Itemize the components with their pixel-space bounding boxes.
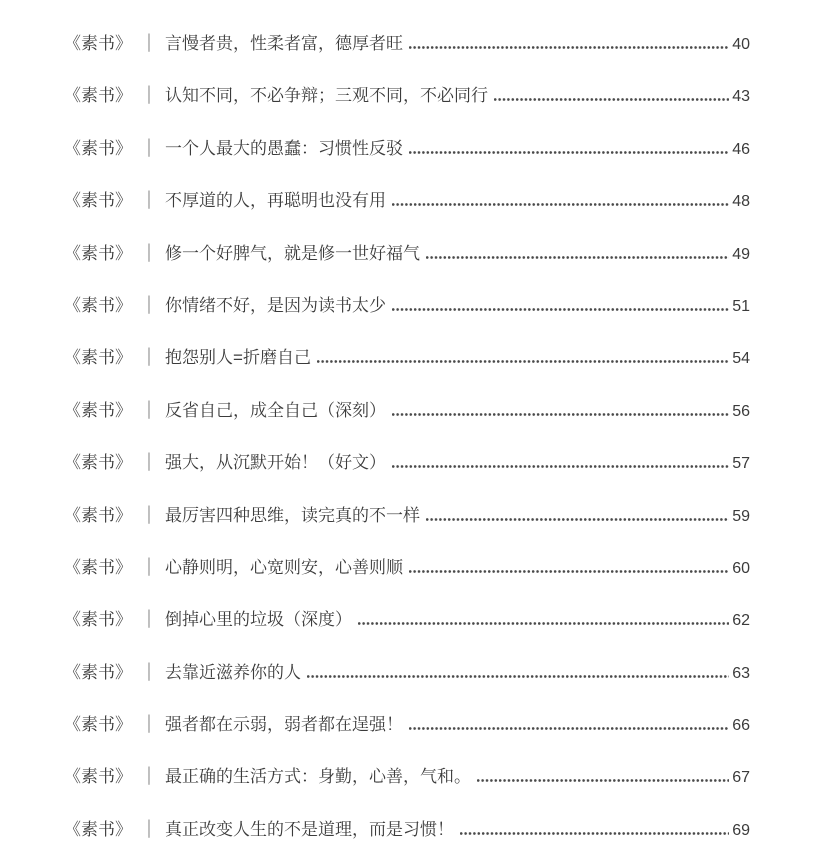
- dot-leader: [307, 675, 729, 678]
- dot-leader: [426, 518, 729, 521]
- entry-title: 去靠近滋养你的人: [165, 663, 301, 683]
- toc-entry[interactable]: 《素书》｜你情绪不好，是因为读书太少 51: [64, 280, 750, 332]
- separator-bar: ｜: [141, 505, 157, 528]
- book-label: 《素书》: [64, 663, 132, 683]
- toc-entry[interactable]: 《素书》｜倒掉心里的垃圾（深度） 62: [64, 594, 750, 646]
- entry-title: 言慢者贵，性柔者富，德厚者旺: [165, 34, 403, 54]
- book-label: 《素书》: [64, 767, 132, 787]
- dot-leader: [392, 203, 729, 206]
- entry-title: 反省自己，成全自己（深刻）: [165, 401, 386, 421]
- toc-entry[interactable]: 《素书》｜强者都在示弱，弱者都在逞强！ 66: [64, 699, 750, 751]
- entry-title: 真正改变人生的不是道理，而是习惯！: [165, 820, 454, 840]
- toc-entry[interactable]: 《素书》｜抱怨别人=折磨自己 54: [64, 332, 750, 384]
- dot-leader: [409, 727, 729, 730]
- book-label: 《素书》: [64, 86, 132, 106]
- page-number: 69: [731, 821, 750, 841]
- entry-title: 心静则明，心宽则安，心善则顺: [165, 558, 403, 578]
- toc-entry[interactable]: 《素书》｜强大，从沉默开始！（好文） 57: [64, 437, 750, 489]
- separator-bar: ｜: [141, 138, 157, 161]
- book-label: 《素书》: [64, 715, 132, 735]
- book-label: 《素书》: [64, 139, 132, 159]
- toc-entry[interactable]: 《素书》｜言慢者贵，性柔者富，德厚者旺 40: [64, 18, 750, 70]
- entry-title: 不厚道的人，再聪明也没有用: [165, 191, 386, 211]
- page-number: 40: [731, 35, 750, 55]
- separator-bar: ｜: [141, 662, 157, 685]
- dot-leader: [409, 151, 729, 154]
- page-number: 49: [731, 245, 750, 265]
- entry-title: 强大，从沉默开始！（好文）: [165, 453, 386, 473]
- toc-entry[interactable]: 《素书》｜去靠近滋养你的人 63: [64, 647, 750, 699]
- book-label: 《素书》: [64, 506, 132, 526]
- separator-bar: ｜: [141, 610, 157, 633]
- page-number: 63: [731, 664, 750, 684]
- toc-entry[interactable]: 《素书》｜最正确的生活方式：身勤，心善，气和。 67: [64, 751, 750, 803]
- entry-title: 修一个好脾气，就是修一世好福气: [165, 244, 420, 264]
- dot-leader: [477, 779, 729, 782]
- entry-title: 抱怨别人=折磨自己: [165, 348, 311, 368]
- toc-entry[interactable]: 《素书》｜修一个好脾气，就是修一世好福气 49: [64, 228, 750, 280]
- dot-leader: [392, 308, 729, 311]
- dot-leader: [392, 465, 729, 468]
- page-number: 48: [731, 192, 750, 212]
- separator-bar: ｜: [141, 400, 157, 423]
- page-number: 60: [731, 559, 750, 579]
- dot-leader: [392, 413, 729, 416]
- dot-leader: [426, 256, 729, 259]
- book-label: 《素书》: [64, 191, 132, 211]
- dot-leader: [494, 98, 729, 101]
- book-label: 《素书》: [64, 558, 132, 578]
- entry-title: 强者都在示弱，弱者都在逞强！: [165, 715, 403, 735]
- toc-entry[interactable]: 《素书》｜不厚道的人，再聪明也没有用 48: [64, 175, 750, 227]
- toc-entry[interactable]: 《素书》｜真正改变人生的不是道理，而是习惯！ 69: [64, 804, 750, 854]
- page-number: 66: [731, 716, 750, 736]
- separator-bar: ｜: [141, 295, 157, 318]
- book-label: 《素书》: [64, 820, 132, 840]
- page-number: 43: [731, 87, 750, 107]
- dot-leader: [409, 570, 729, 573]
- separator-bar: ｜: [141, 348, 157, 371]
- book-label: 《素书》: [64, 453, 132, 473]
- toc-entry[interactable]: 《素书》｜最厉害四种思维，读完真的不一样 59: [64, 490, 750, 542]
- toc-entry[interactable]: 《素书》｜心静则明，心宽则安，心善则顺 60: [64, 542, 750, 594]
- book-label: 《素书》: [64, 401, 132, 421]
- page-number: 51: [731, 297, 750, 317]
- entry-title: 最厉害四种思维，读完真的不一样: [165, 506, 420, 526]
- page-number: 59: [731, 507, 750, 527]
- entry-title: 最正确的生活方式：身勤，心善，气和。: [165, 767, 471, 787]
- book-label: 《素书》: [64, 34, 132, 54]
- separator-bar: ｜: [141, 191, 157, 214]
- separator-bar: ｜: [141, 86, 157, 109]
- page-number: 56: [731, 402, 750, 422]
- entry-title: 一个人最大的愚蠢：习惯性反驳: [165, 139, 403, 159]
- toc-page: 《素书》｜言慢者贵，性柔者富，德厚者旺 40 《素书》｜认知不同，不必争辩；三观…: [0, 0, 821, 854]
- separator-bar: ｜: [141, 34, 157, 57]
- dot-leader: [460, 832, 729, 835]
- separator-bar: ｜: [141, 243, 157, 266]
- toc-entry[interactable]: 《素书》｜认知不同，不必争辩；三观不同，不必同行 43: [64, 70, 750, 122]
- separator-bar: ｜: [141, 819, 157, 842]
- separator-bar: ｜: [141, 767, 157, 790]
- page-number: 62: [731, 611, 750, 631]
- page-number: 54: [731, 349, 750, 369]
- book-label: 《素书》: [64, 610, 132, 630]
- book-label: 《素书》: [64, 296, 132, 316]
- toc-entry[interactable]: 《素书》｜反省自己，成全自己（深刻） 56: [64, 385, 750, 437]
- entry-title: 倒掉心里的垃圾（深度）: [165, 610, 352, 630]
- book-label: 《素书》: [64, 348, 132, 368]
- entry-title: 认知不同，不必争辩；三观不同，不必同行: [165, 86, 488, 106]
- separator-bar: ｜: [141, 715, 157, 738]
- entry-title: 你情绪不好，是因为读书太少: [165, 296, 386, 316]
- separator-bar: ｜: [141, 557, 157, 580]
- toc-entry[interactable]: 《素书》｜一个人最大的愚蠢：习惯性反驳 46: [64, 123, 750, 175]
- page-number: 57: [731, 454, 750, 474]
- page-number: 67: [731, 768, 750, 788]
- dot-leader: [358, 622, 729, 625]
- dot-leader: [317, 360, 729, 363]
- separator-bar: ｜: [141, 453, 157, 476]
- page-number: 46: [731, 140, 750, 160]
- book-label: 《素书》: [64, 244, 132, 264]
- dot-leader: [409, 46, 729, 49]
